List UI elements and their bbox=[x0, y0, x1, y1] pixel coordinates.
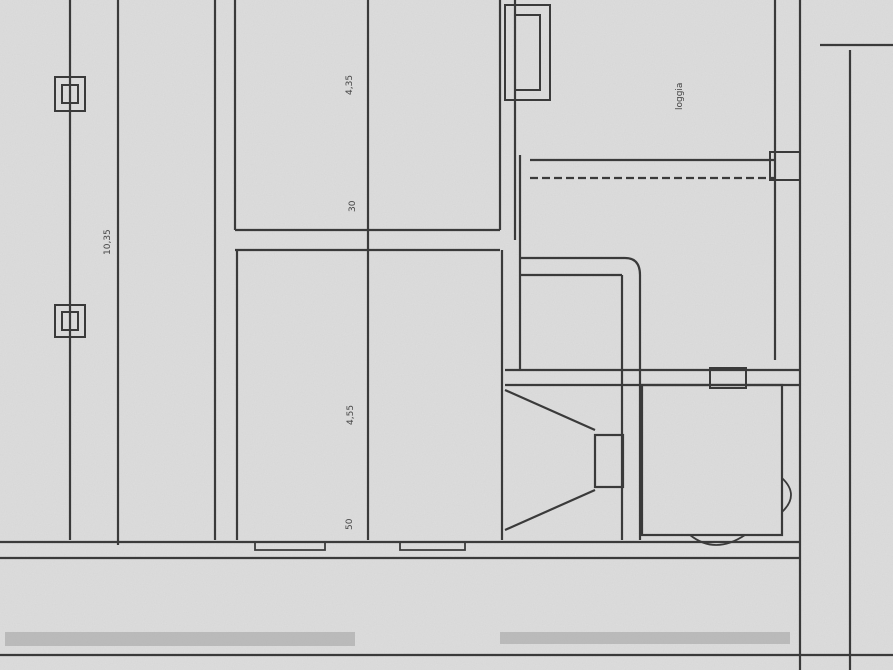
dimension-label-upper-room: 4,35 bbox=[345, 75, 355, 95]
dimension-label-upper-room-bottom: 30 bbox=[348, 201, 358, 212]
scan-noise bbox=[0, 0, 893, 670]
floor-plan bbox=[0, 0, 893, 670]
dimension-label-lower-room-bottom: 50 bbox=[345, 519, 355, 530]
dimension-label-left-strip: 10,35 bbox=[103, 229, 113, 255]
dimension-label-lower-room: 4,55 bbox=[346, 405, 356, 425]
loggia-label: loggia bbox=[675, 83, 685, 110]
